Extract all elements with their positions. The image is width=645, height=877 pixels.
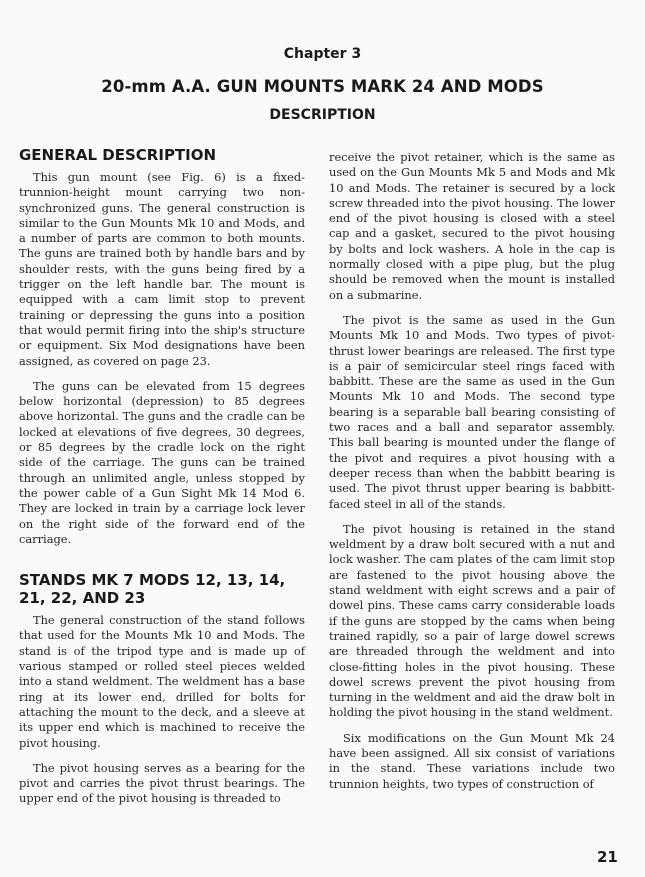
- paragraph: The pivot housing is retained in the sta…: [329, 522, 615, 721]
- paragraph-continuation: receive the pivot retainer, which is the…: [329, 150, 615, 303]
- chapter-title: 20-mm A.A. GUN MOUNTS MARK 24 AND MODS: [0, 77, 645, 96]
- paragraph: The pivot housing serves as a bearing fo…: [19, 761, 305, 807]
- document-page: Chapter 3 20-mm A.A. GUN MOUNTS MARK 24 …: [0, 0, 645, 877]
- right-column: receive the pivot retainer, which is the…: [329, 150, 615, 802]
- paragraph: Six modifications on the Gun Mount Mk 24…: [329, 731, 615, 792]
- paragraph: The general construction of the stand fo…: [19, 613, 305, 751]
- paragraph: The guns can be elevated from 15 degrees…: [19, 379, 305, 547]
- paragraph: The pivot is the same as used in the Gun…: [329, 313, 615, 512]
- section-heading-stands: STANDS MK 7 MODS 12, 13, 14, 21, 22, AND…: [19, 571, 305, 607]
- section-heading-general-description: GENERAL DESCRIPTION: [19, 146, 305, 164]
- page-number: 21: [597, 848, 618, 866]
- paragraph: This gun mount (see Fig. 6) is a fixed-t…: [19, 170, 305, 369]
- chapter-label: Chapter 3: [0, 46, 645, 62]
- chapter-subtitle: DESCRIPTION: [0, 107, 645, 123]
- left-column: GENERAL DESCRIPTION This gun mount (see …: [19, 146, 305, 817]
